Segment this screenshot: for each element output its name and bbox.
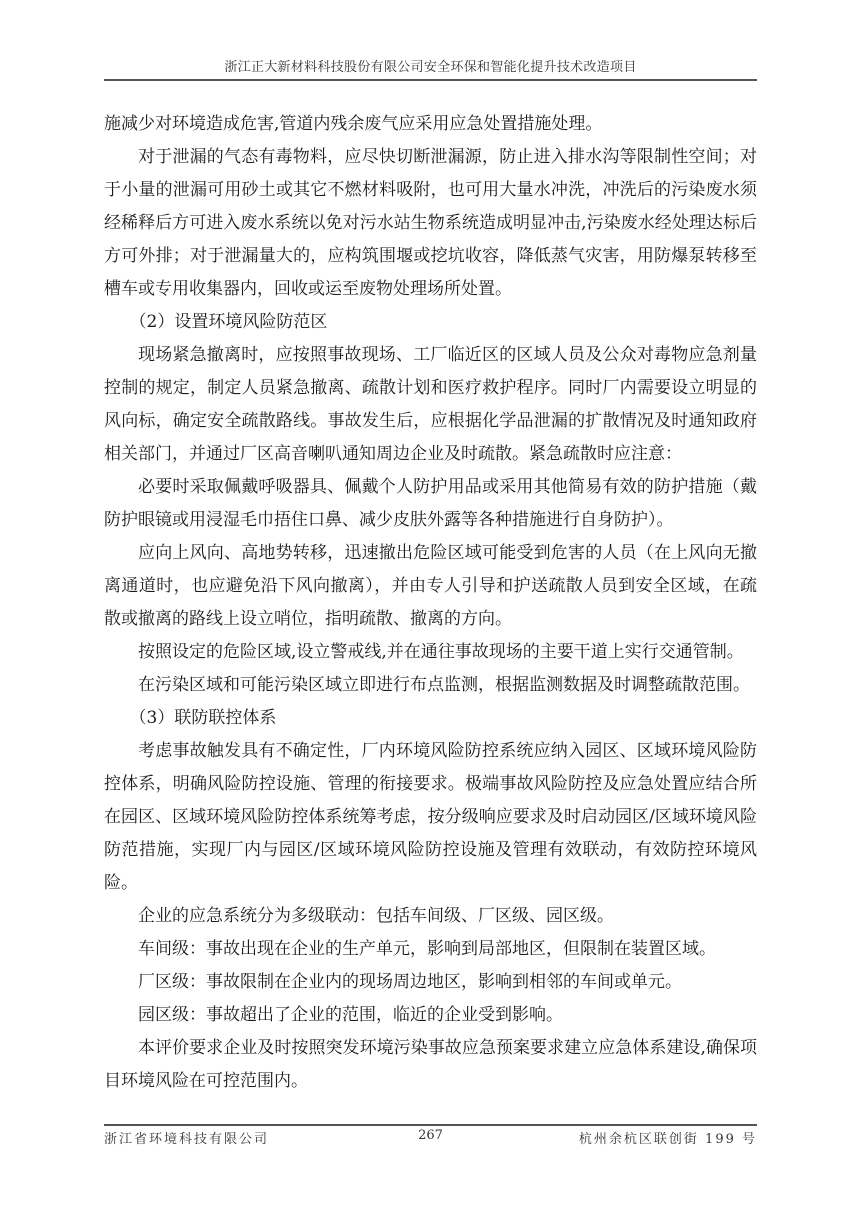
page-footer: 浙江省环境科技有限公司 267 杭州余杭区联创街 199 号	[104, 1128, 757, 1148]
paragraph-park-level: 园区级：事故超出了企业的范围，临近的企业受到影响。	[104, 999, 757, 1032]
section-heading-risk-zone: （2）设置环境风险防范区	[104, 306, 757, 339]
paragraph-joint-control-system: 考虑事故触发具有不确定性，厂内环境风险防控系统应纳入园区、区域环境风险防控体系，…	[104, 735, 757, 900]
paragraph-gas-leak-handling: 对于泄漏的气态有毒物料，应尽快切断泄漏源，防止进入排水沟等限制性空间；对于小量的…	[104, 141, 757, 306]
section-heading-joint-control: （3）联防联控体系	[104, 702, 757, 735]
paragraph-workshop-level: 车间级：事故出现在企业的生产单元，影响到局部地区，但限制在装置区域。	[104, 933, 757, 966]
paragraph-continuation: 施减少对环境造成危害,管道内残余废气应采用应急处置措施处理。	[104, 108, 757, 141]
paragraph-upwind-transfer: 应向上风向、高地势转移，迅速撤出危险区域可能受到危害的人员（在上风向无撤离通道时…	[104, 537, 757, 636]
header-divider	[104, 79, 757, 81]
footer-divider	[104, 1124, 757, 1126]
paragraph-protective-measures: 必要时采取佩戴呼吸器具、佩戴个人防护用品或采用其他简易有效的防护措施（戴防护眼镜…	[104, 471, 757, 537]
paragraph-evaluation-requirement: 本评价要求企业及时按照突发环境污染事故应急预案要求建立应急体系建设,确保项目环境…	[104, 1032, 757, 1098]
paragraph-evacuation: 现场紧急撤离时，应按照事故现场、工厂临近区的区域人员及公众对毒物应急剂量控制的规…	[104, 339, 757, 471]
document-body: 施减少对环境造成危害,管道内残余废气应采用应急处置措施处理。 对于泄漏的气态有毒…	[104, 108, 757, 1098]
paragraph-plant-level: 厂区级：事故限制在企业内的现场周边地区，影响到相邻的车间或单元。	[104, 966, 757, 999]
paragraph-monitoring: 在污染区域和可能污染区域立即进行布点监测，根据监测数据及时调整疏散范围。	[104, 669, 757, 702]
paragraph-multilevel-linkage: 企业的应急系统分为多级联动：包括车间级、厂区级、园区级。	[104, 900, 757, 933]
paragraph-traffic-control: 按照设定的危险区域,设立警戒线,并在通往事故现场的主要干道上实行交通管制。	[104, 636, 757, 669]
footer-address: 杭州余杭区联创街 199 号	[579, 1128, 757, 1147]
running-header: 浙江正大新材料科技股份有限公司安全环保和智能化提升技术改造项目	[104, 56, 757, 75]
